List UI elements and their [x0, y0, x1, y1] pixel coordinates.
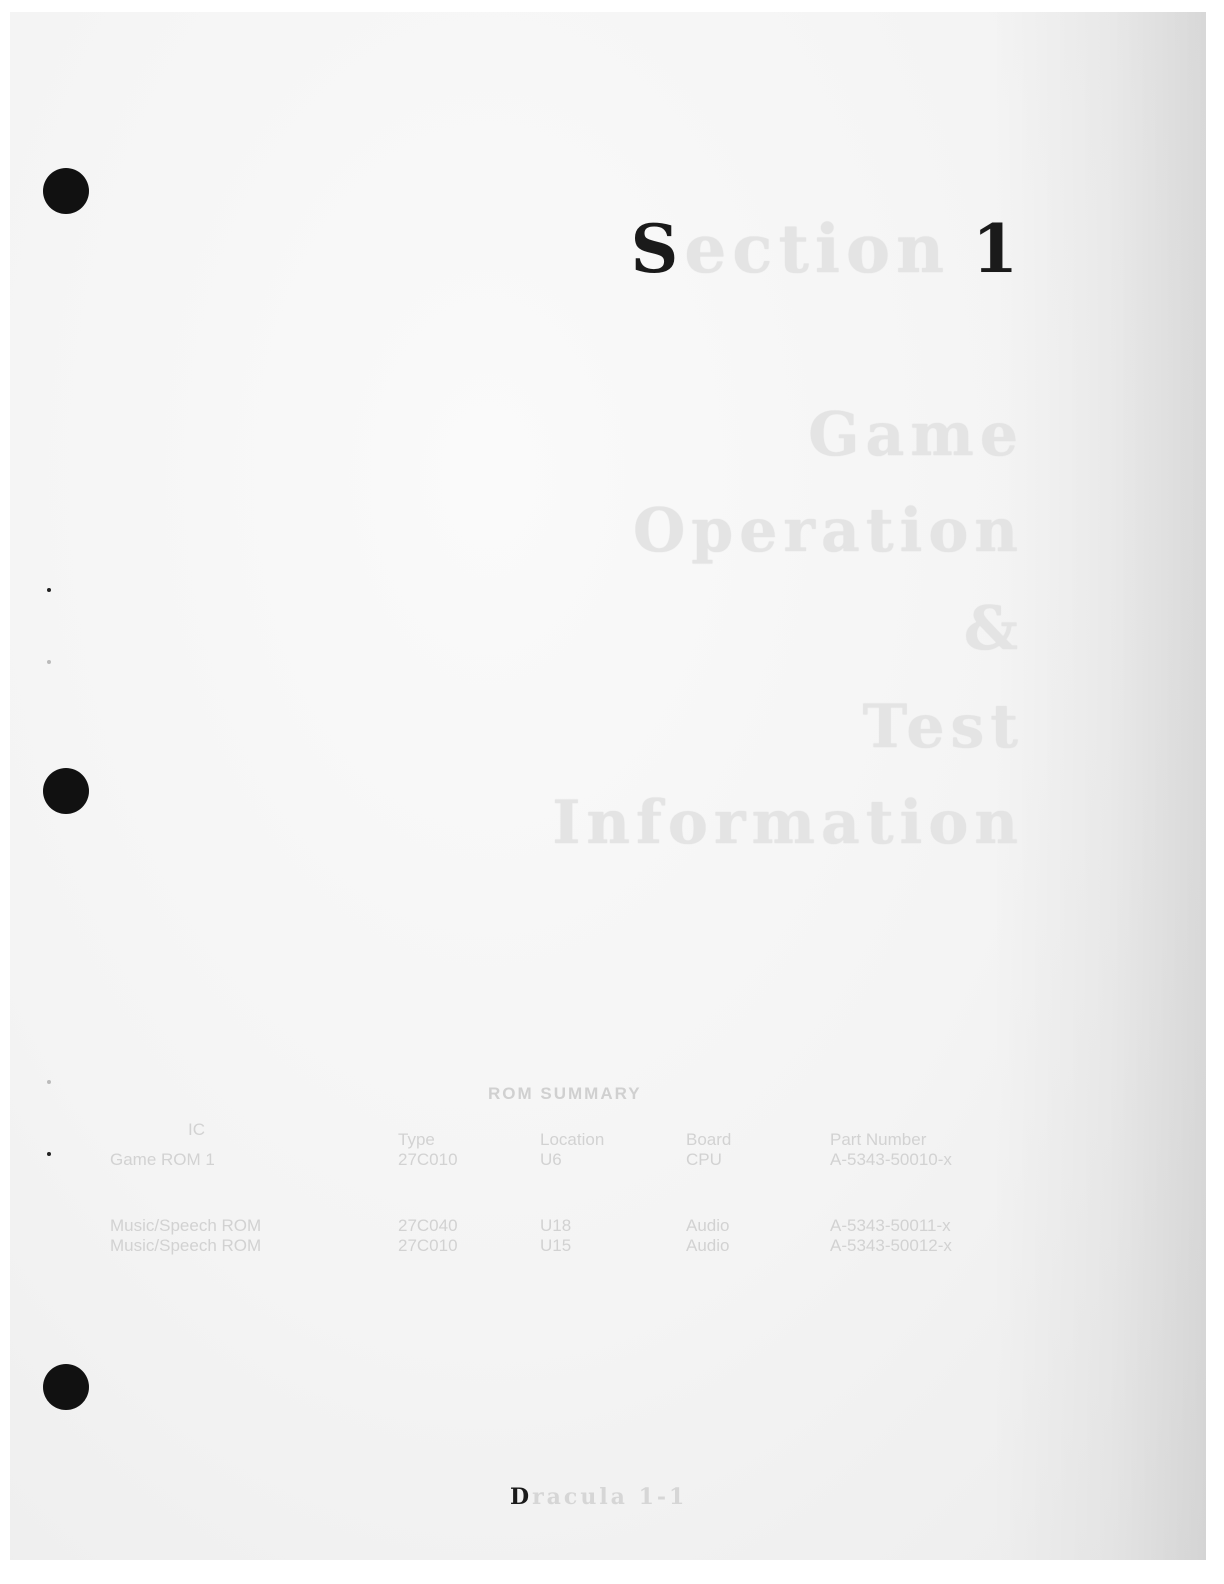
title-line-5: Information — [552, 788, 1024, 858]
page-footer: Dracula 1-1 — [510, 1484, 687, 1510]
cell-board: Audio — [686, 1236, 729, 1256]
cell-part-number: A-5343-50010-x — [830, 1150, 952, 1170]
cell-type: 27C010 — [398, 1150, 458, 1170]
rom-summary-title: ROM SUMMARY — [488, 1084, 642, 1104]
margin-mark — [47, 1080, 51, 1084]
margin-mark — [47, 588, 51, 592]
margin-mark — [47, 660, 51, 664]
title-line-3: & — [964, 594, 1024, 664]
column-header-part-number: Part Number — [830, 1130, 926, 1150]
title-line-2: Operation — [633, 496, 1024, 566]
section-label: Section — [631, 210, 950, 288]
cell-part-number: A-5343-50011-x — [830, 1216, 951, 1236]
cell-type: 27C040 — [398, 1216, 458, 1236]
cell-ic: Game ROM 1 — [110, 1150, 215, 1170]
table-header: IC Type Location Board Part Number — [10, 1130, 1206, 1150]
title-line-4: Test — [863, 692, 1024, 762]
section-heading: Section1 — [631, 210, 1024, 288]
binder-hole — [43, 768, 89, 814]
table-row: Game ROM 1 27C010 U6 CPU A-5343-50010-x — [10, 1150, 1206, 1170]
cell-part-number: A-5343-50012-x — [830, 1236, 952, 1256]
footer-game-name: Dracula — [510, 1484, 628, 1510]
cell-board: CPU — [686, 1150, 722, 1170]
binder-hole — [43, 1364, 89, 1410]
title-line-1: Game — [808, 400, 1024, 470]
cell-board: Audio — [686, 1216, 729, 1236]
cell-ic: Music/Speech ROM — [110, 1216, 261, 1236]
cell-type: 27C010 — [398, 1236, 458, 1256]
cell-location: U6 — [540, 1150, 562, 1170]
cell-ic: Music/Speech ROM — [110, 1236, 261, 1256]
column-header-board: Board — [686, 1130, 731, 1150]
column-header-ic: IC — [188, 1120, 205, 1140]
table-row: Music/Speech ROM 27C010 U15 Audio A-5343… — [10, 1236, 1206, 1256]
column-header-type: Type — [398, 1130, 435, 1150]
manual-page: Section1 Game Operation & Test Informati… — [10, 12, 1206, 1560]
cell-location: U18 — [540, 1216, 571, 1236]
cell-location: U15 — [540, 1236, 571, 1256]
binder-hole — [43, 168, 89, 214]
table-row: Music/Speech ROM 27C040 U18 Audio A-5343… — [10, 1216, 1206, 1236]
section-number: 1 — [972, 210, 1024, 288]
column-header-location: Location — [540, 1130, 604, 1150]
footer-page-number: 1-1 — [639, 1484, 688, 1510]
